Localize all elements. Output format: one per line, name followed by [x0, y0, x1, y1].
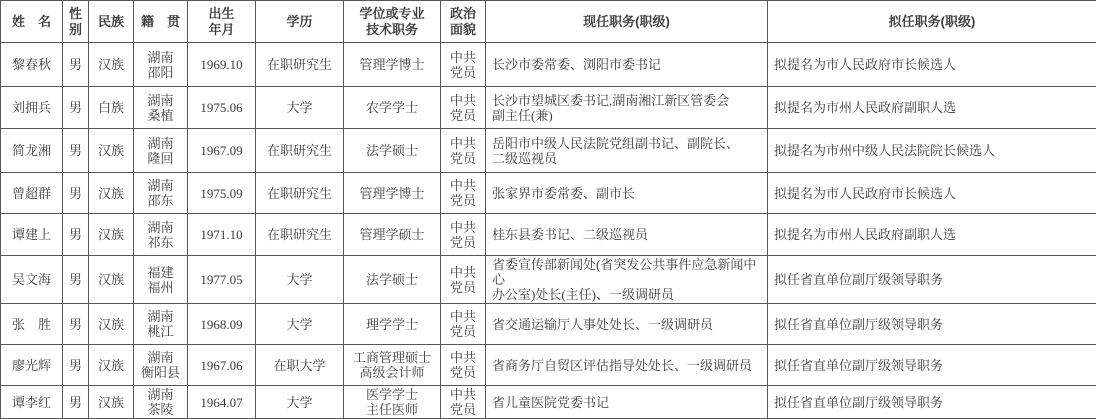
- cell-ethnicity: 汉族: [89, 256, 134, 304]
- header-cell-current: 现任职务(职级): [486, 1, 768, 43]
- cell-ethnicity: 汉族: [89, 43, 134, 87]
- cell-current: 省商务厅自贸区评估指导处处长、一级调研员: [486, 345, 768, 386]
- cell-name: 吴文海: [1, 256, 63, 304]
- cell-origin: 湖南 桑植: [134, 87, 188, 129]
- table-row: 谭建上男汉族湖南 祁东1971.10在职研究生管理学硕士中共 党员桂东县委书记、…: [1, 214, 1096, 256]
- cell-political: 中共 党员: [441, 345, 486, 386]
- cell-current: 长沙市望城区委书记,湖南湘江新区管委会 副主任(兼): [486, 87, 768, 129]
- cell-ethnicity: 汉族: [89, 173, 134, 214]
- cell-birth: 1977.05: [188, 256, 256, 304]
- header-row: 姓 名 性 别 民族 籍 贯 出生 年月 学历 学位或专业 技术职务 政治 面貌…: [1, 1, 1096, 43]
- cell-gender: 男: [63, 386, 89, 411]
- cell-birth: 1975.06: [188, 87, 256, 129]
- cell-degree: 工商管理硕士 高级会计师: [344, 345, 441, 386]
- cell-origin: 福建 福州: [134, 256, 188, 304]
- cell-current: 岳阳市中级人民法院党组副书记、副院长、 二级巡视员: [486, 129, 768, 173]
- cell-gender: 男: [63, 43, 89, 87]
- table-row: 曾超群男汉族湖南 邵东1975.09在职研究生管理学博士中共 党员张家界市委常委…: [1, 173, 1096, 214]
- cell-name: 谭李红: [1, 386, 63, 411]
- header-cell-political: 政治 面貌: [441, 1, 486, 43]
- cell-origin: 湖南 衡阳县: [134, 345, 188, 386]
- cell-education: 在职研究生: [256, 173, 344, 214]
- cell-proposed: 拟提名为市州人民政府副职人选: [768, 87, 1096, 129]
- header-cell-birth: 出生 年月: [188, 1, 256, 43]
- cadre-appointment-table: 姓 名 性 别 民族 籍 贯 出生 年月 学历 学位或专业 技术职务 政治 面貌…: [0, 0, 1096, 410]
- cell-political: 中共 党员: [441, 256, 486, 304]
- cell-birth: 1971.10: [188, 214, 256, 256]
- header-cell-ethnicity: 民族: [89, 1, 134, 43]
- table-row: 黎春秋男汉族湖南 邵阳1969.10在职研究生管理学博士中共 党员长沙市委常委、…: [1, 43, 1096, 87]
- cell-birth: 1964.07: [188, 386, 256, 411]
- header-cell-origin: 籍 贯: [134, 1, 188, 43]
- cell-gender: 男: [63, 256, 89, 304]
- cell-ethnicity: 汉族: [89, 129, 134, 173]
- cell-current: 省委宣传部新闻处(省突发公共事件应急新闻中心 办公室)处长(主任)、一级调研员: [486, 256, 768, 304]
- cell-name: 谭建上: [1, 214, 63, 256]
- cell-gender: 男: [63, 304, 89, 345]
- table-row: 张 胜男汉族湖南 桃江1968.09大学理学学士中共 党员省交通运输厅人事处处长…: [1, 304, 1096, 345]
- cell-proposed: 拟任省直单位副厅级领导职务: [768, 256, 1096, 304]
- cell-political: 中共 党员: [441, 129, 486, 173]
- cell-origin: 湖南 隆回: [134, 129, 188, 173]
- cell-name: 廖光辉: [1, 345, 63, 386]
- cell-proposed: 拟任省直单位副厅级领导职务: [768, 304, 1096, 345]
- cell-education: 大学: [256, 256, 344, 304]
- cell-degree: 农学学士: [344, 87, 441, 129]
- cell-political: 中共 党员: [441, 304, 486, 345]
- cell-education: 在职大学: [256, 345, 344, 386]
- cell-political: 中共 党员: [441, 214, 486, 256]
- cell-name: 曾超群: [1, 173, 63, 214]
- cell-gender: 男: [63, 129, 89, 173]
- cell-ethnicity: 白族: [89, 87, 134, 129]
- cell-origin: 湖南 邵东: [134, 173, 188, 214]
- cell-degree: 管理学硕士: [344, 214, 441, 256]
- table-row: 谭李红男汉族湖南 茶陵1964.07大学医学学士 主任医师中共 党员省儿童医院党…: [1, 386, 1096, 411]
- cell-name: 简龙湘: [1, 129, 63, 173]
- table-row: 吴文海男汉族福建 福州1977.05大学法学硕士中共 党员省委宣传部新闻处(省突…: [1, 256, 1096, 304]
- cell-name: 黎春秋: [1, 43, 63, 87]
- cell-name: 张 胜: [1, 304, 63, 345]
- cell-proposed: 拟提名为市人民政府市长候选人: [768, 173, 1096, 214]
- cell-gender: 男: [63, 214, 89, 256]
- cell-birth: 1967.06: [188, 345, 256, 386]
- cell-current: 张家界市委常委、副市长: [486, 173, 768, 214]
- cell-degree: 法学硕士: [344, 256, 441, 304]
- cell-origin: 湖南 祁东: [134, 214, 188, 256]
- cell-current: 桂东县委书记、二级巡视员: [486, 214, 768, 256]
- cell-degree: 理学学士: [344, 304, 441, 345]
- cell-birth: 1969.10: [188, 43, 256, 87]
- cell-gender: 男: [63, 173, 89, 214]
- cell-degree: 法学硕士: [344, 129, 441, 173]
- cell-proposed: 拟任省直单位副厅级领导职务: [768, 386, 1096, 411]
- cell-current: 长沙市委常委、浏阳市委书记: [486, 43, 768, 87]
- table-header: 姓 名 性 别 民族 籍 贯 出生 年月 学历 学位或专业 技术职务 政治 面貌…: [1, 1, 1096, 43]
- cell-origin: 湖南 邵阳: [134, 43, 188, 87]
- cell-name: 刘拥兵: [1, 87, 63, 129]
- header-cell-gender: 性 别: [63, 1, 89, 43]
- table-row: 刘拥兵男白族湖南 桑植1975.06大学农学学士中共 党员长沙市望城区委书记,湖…: [1, 87, 1096, 129]
- cell-political: 中共 党员: [441, 173, 486, 214]
- cell-ethnicity: 汉族: [89, 345, 134, 386]
- cell-education: 大学: [256, 304, 344, 345]
- cell-education: 在职研究生: [256, 43, 344, 87]
- table-row: 简龙湘男汉族湖南 隆回1967.09在职研究生法学硕士中共 党员岳阳市中级人民法…: [1, 129, 1096, 173]
- cell-current: 省儿童医院党委书记: [486, 386, 768, 411]
- table-body: 黎春秋男汉族湖南 邵阳1969.10在职研究生管理学博士中共 党员长沙市委常委、…: [1, 43, 1096, 411]
- cell-origin: 湖南 桃江: [134, 304, 188, 345]
- cell-birth: 1968.09: [188, 304, 256, 345]
- cell-education: 在职研究生: [256, 214, 344, 256]
- cell-political: 中共 党员: [441, 87, 486, 129]
- cell-political: 中共 党员: [441, 386, 486, 411]
- header-cell-proposed: 拟任职务(职级): [768, 1, 1096, 43]
- cell-current: 省交通运输厅人事处处长、一级调研员: [486, 304, 768, 345]
- cell-proposed: 拟提名为市人民政府市长候选人: [768, 43, 1096, 87]
- header-cell-education: 学历: [256, 1, 344, 43]
- cell-education: 大学: [256, 386, 344, 411]
- header-cell-name: 姓 名: [1, 1, 63, 43]
- cell-degree: 管理学博士: [344, 173, 441, 214]
- cell-degree: 医学学士 主任医师: [344, 386, 441, 411]
- cell-proposed: 拟提名为市州中级人民法院院长候选人: [768, 129, 1096, 173]
- personnel-announcement-table-wrap: 姓 名 性 别 民族 籍 贯 出生 年月 学历 学位或专业 技术职务 政治 面貌…: [0, 0, 1096, 410]
- cell-gender: 男: [63, 87, 89, 129]
- cell-origin: 湖南 茶陵: [134, 386, 188, 411]
- cell-birth: 1975.09: [188, 173, 256, 214]
- cell-political: 中共 党员: [441, 43, 486, 87]
- cell-proposed: 拟任省直单位副厅级领导职务: [768, 345, 1096, 386]
- cell-ethnicity: 汉族: [89, 304, 134, 345]
- cell-education: 大学: [256, 87, 344, 129]
- cell-ethnicity: 汉族: [89, 386, 134, 411]
- cell-birth: 1967.09: [188, 129, 256, 173]
- cell-proposed: 拟提名为市州人民政府副职人选: [768, 214, 1096, 256]
- cell-ethnicity: 汉族: [89, 214, 134, 256]
- cell-degree: 管理学博士: [344, 43, 441, 87]
- cell-gender: 男: [63, 345, 89, 386]
- table-row: 廖光辉男汉族湖南 衡阳县1967.06在职大学工商管理硕士 高级会计师中共 党员…: [1, 345, 1096, 386]
- cell-education: 在职研究生: [256, 129, 344, 173]
- header-cell-degree: 学位或专业 技术职务: [344, 1, 441, 43]
